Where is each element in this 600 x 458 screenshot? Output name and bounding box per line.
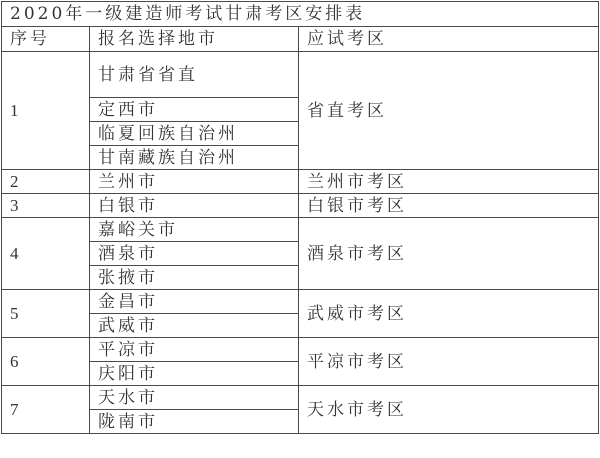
registration-city: 甘南藏族自治州 <box>90 146 299 170</box>
table-row: 7 天水市 天水市考区 <box>2 386 599 410</box>
exam-area: 白银市考区 <box>299 194 599 218</box>
header-registration-city: 报名选择地市 <box>90 27 299 52</box>
registration-city: 平凉市 <box>90 338 299 362</box>
registration-city: 陇南市 <box>90 410 299 434</box>
registration-city: 白银市 <box>90 194 299 218</box>
registration-city: 嘉峪关市 <box>90 218 299 242</box>
row-index: 7 <box>2 386 90 434</box>
row-index: 5 <box>2 290 90 338</box>
exam-area: 平凉市考区 <box>299 338 599 386</box>
registration-city: 张掖市 <box>90 266 299 290</box>
row-index: 6 <box>2 338 90 386</box>
exam-area: 省直考区 <box>299 52 599 170</box>
registration-city: 临夏回族自治州 <box>90 122 299 146</box>
table-row: 3 白银市 白银市考区 <box>2 194 599 218</box>
registration-city: 甘肃省省直 <box>90 52 299 98</box>
table-row: 5 金昌市 武威市考区 <box>2 290 599 314</box>
exam-area-schedule-sheet: 2020年一级建造师考试甘肃考区安排表 序号 报名选择地市 应试考区 1 甘肃省… <box>0 0 600 458</box>
exam-area: 天水市考区 <box>299 386 599 434</box>
table-title: 2020年一级建造师考试甘肃考区安排表 <box>2 2 599 27</box>
header-index: 序号 <box>2 27 90 52</box>
row-index: 1 <box>2 52 90 170</box>
exam-area: 武威市考区 <box>299 290 599 338</box>
table-row: 1 甘肃省省直 省直考区 <box>2 52 599 98</box>
registration-city: 天水市 <box>90 386 299 410</box>
registration-city: 武威市 <box>90 314 299 338</box>
registration-city: 金昌市 <box>90 290 299 314</box>
exam-area-table: 2020年一级建造师考试甘肃考区安排表 序号 报名选择地市 应试考区 1 甘肃省… <box>1 1 599 434</box>
table-row: 6 平凉市 平凉市考区 <box>2 338 599 362</box>
registration-city: 庆阳市 <box>90 362 299 386</box>
registration-city: 定西市 <box>90 98 299 122</box>
table-row: 2 兰州市 兰州市考区 <box>2 170 599 194</box>
header-row: 序号 报名选择地市 应试考区 <box>2 27 599 52</box>
header-exam-area: 应试考区 <box>299 27 599 52</box>
row-index: 4 <box>2 218 90 290</box>
registration-city: 酒泉市 <box>90 242 299 266</box>
registration-city: 兰州市 <box>90 170 299 194</box>
exam-area: 兰州市考区 <box>299 170 599 194</box>
title-row: 2020年一级建造师考试甘肃考区安排表 <box>2 2 599 27</box>
row-index: 3 <box>2 194 90 218</box>
table-row: 4 嘉峪关市 酒泉市考区 <box>2 218 599 242</box>
row-index: 2 <box>2 170 90 194</box>
exam-area: 酒泉市考区 <box>299 218 599 290</box>
